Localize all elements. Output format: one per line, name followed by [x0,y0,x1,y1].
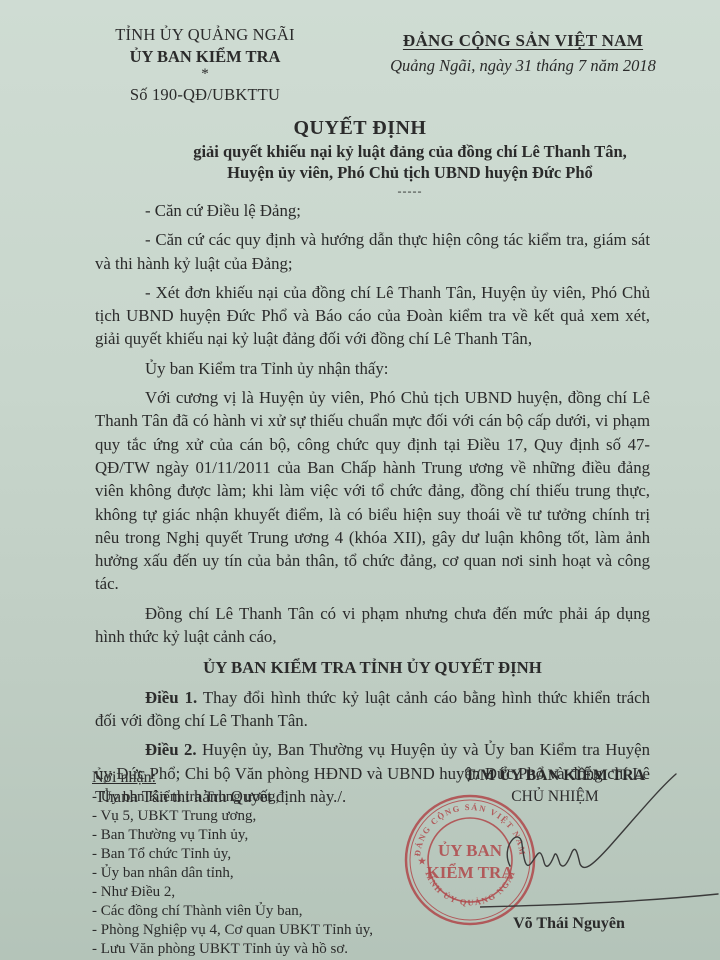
party-name: ĐẢNG CỘNG SẢN VIỆT NAM [378,31,668,51]
recipient-item: - Ban Thường vụ Tỉnh ủy, [92,826,422,845]
separator: ----- [0,184,720,199]
recipient-item: - Ủy ban nhân dân tỉnh, [92,864,422,883]
basis-charter: - Căn cứ Điều lệ Đảng; [95,199,650,222]
star-divider: * [100,68,310,80]
recipient-item: - Vụ 5, UBKT Trung ương, [92,807,422,826]
issuer-block: TỈNH ỦY QUẢNG NGÃI ỦY BAN KIỂM TRA * Số … [100,24,310,106]
article-2-label: Điều 2. [145,740,197,759]
findings-intro: Ủy ban Kiểm tra Tỉnh ủy nhận thấy: [95,357,650,380]
document-title: QUYẾT ĐỊNH [0,117,720,140]
document-number: Số 190-QĐ/UBKTTU [100,84,310,106]
subtitle-line-2: Huyện ủy viên, Phó Chủ tịch UBND huyện Đ… [170,162,650,183]
document-subtitle: giải quyết khiếu nại kỷ luật đảng của đồ… [170,141,650,183]
recipient-item: - Như Điều 2, [92,883,422,902]
article-1-label: Điều 1. [145,688,197,707]
inspection-committee: ỦY BAN KIỂM TRA [100,46,310,68]
findings-conclusion: Đồng chí Lê Thanh Tân có vi phạm nhưng c… [95,602,650,649]
subtitle-line-1: giải quyết khiếu nại kỷ luật đảng của đồ… [170,141,650,162]
recipient-item: - Phòng Nghiệp vụ 4, Cơ quan UBKT Tỉnh ủ… [92,921,422,940]
svg-text:★: ★ [418,856,427,866]
recipients-block: Nơi nhận: - Ủy ban Kiểm tra Trung ương, … [92,768,422,959]
recipients-heading: Nơi nhận: [92,768,422,787]
basis-complaint: - Xét đơn khiếu nại của đồng chí Lê Than… [95,281,650,351]
recipient-item: - Lưu Văn phòng UBKT Tỉnh ủy và hồ sơ. [92,940,422,959]
place-date: Quảng Ngãi, ngày 31 tháng 7 năm 2018 [378,56,668,76]
party-block: ĐẢNG CỘNG SẢN VIỆT NAM Quảng Ngãi, ngày … [378,31,668,76]
decision-heading: ỦY BAN KIỂM TRA TỈNH ỦY QUYẾT ĐỊNH [95,656,650,679]
recipient-item: - Các đồng chí Thành viên Ủy ban, [92,902,422,921]
recipient-item: - Ban Tổ chức Tỉnh ủy, [92,845,422,864]
handwritten-signature-icon [480,766,720,926]
basis-regulations: - Căn cứ các quy định và hướng dẫn thực … [95,228,650,275]
recipient-item: - Ủy ban Kiểm tra Trung ương, [92,788,422,807]
document-body: - Căn cứ Điều lệ Đảng; - Căn cứ các quy … [95,199,650,814]
provincial-committee: TỈNH ỦY QUẢNG NGÃI [100,24,310,46]
article-1: Điều 1. Thay đổi hình thức kỷ luật cảnh … [95,686,650,733]
findings-detail: Với cương vị là Huyện ủy viên, Phó Chủ t… [95,386,650,596]
